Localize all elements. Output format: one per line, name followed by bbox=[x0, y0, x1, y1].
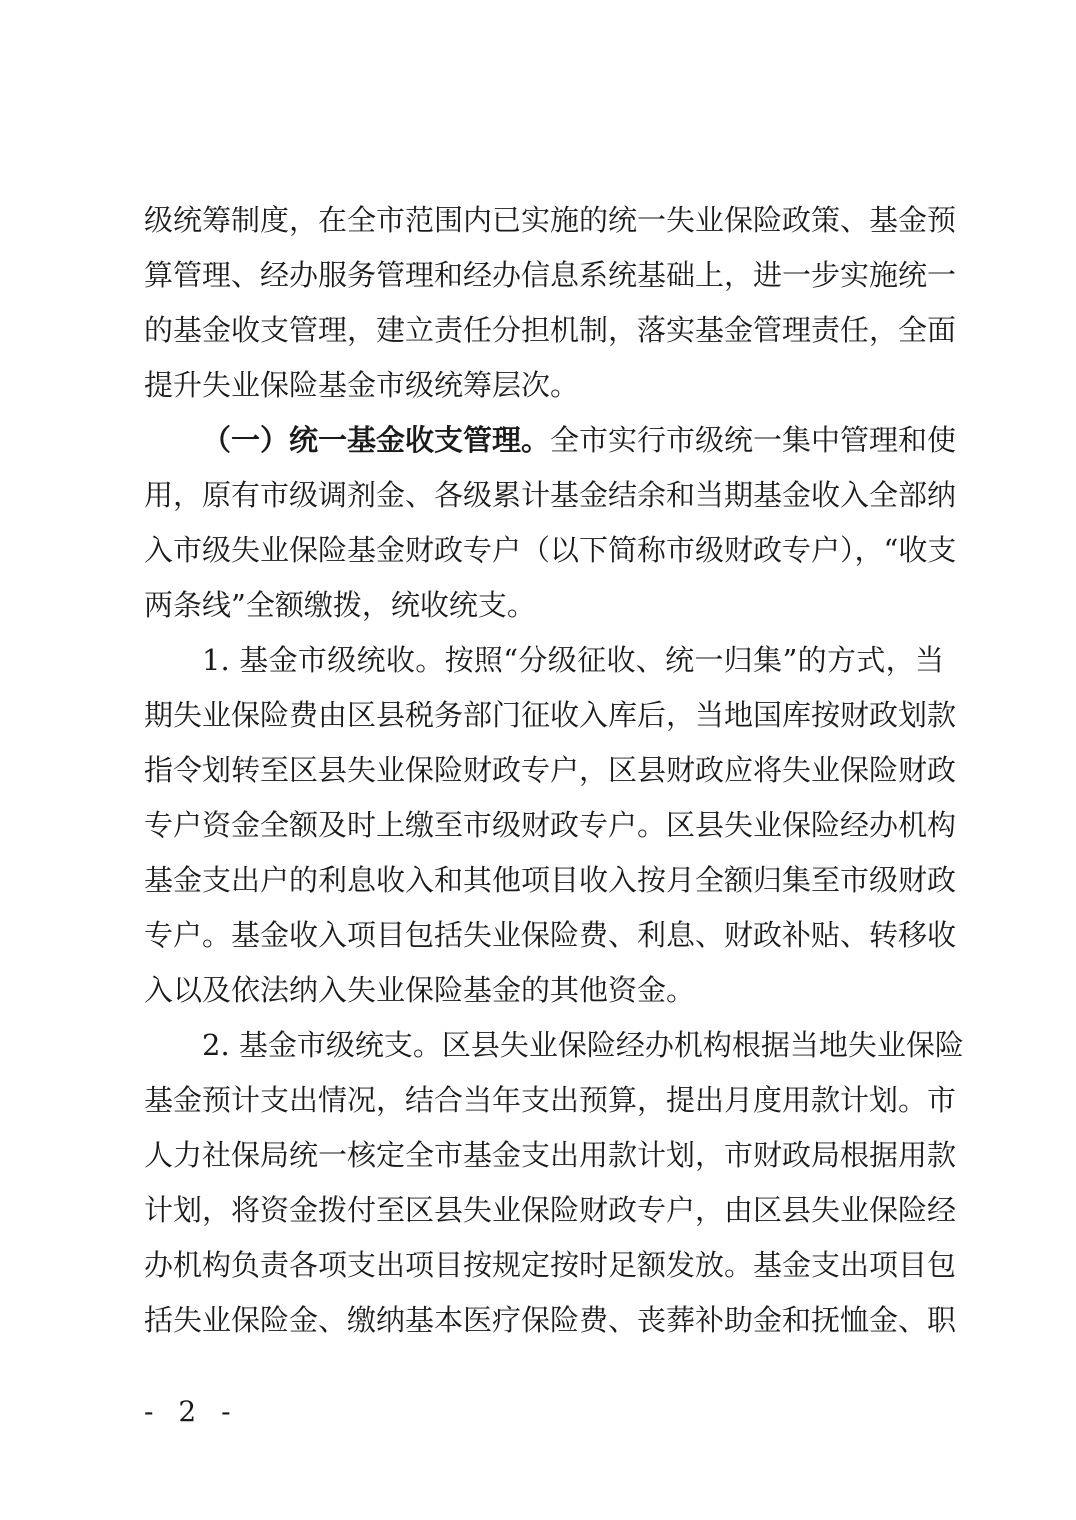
body-text-line: 级统筹制度，在全市范围内已实施的统一失业保险政策、基金预 bbox=[144, 200, 944, 240]
body-text-line: 期失业保险费由区县税务部门征收入库后，当地国库按财政划款 bbox=[144, 695, 944, 735]
body-text-line: 办机构负责各项支出项目按规定按时足额发放。基金支出项目包 bbox=[144, 1245, 944, 1285]
body-text-line: 两条线”全额缴拨，统收统支。 bbox=[144, 585, 944, 625]
body-text-line: 基金预计支出情况，结合当年支出预算，提出月度用款计划。市 bbox=[144, 1080, 944, 1120]
page-number: - 2 - bbox=[144, 1392, 239, 1432]
body-text-line: 指令划转至区县失业保险财政专户，区县财政应将失业保险财政 bbox=[144, 750, 944, 790]
body-text-line: 基金支出户的利息收入和其他项目收入按月全额归集至市级财政 bbox=[144, 860, 944, 900]
body-text-line: 算管理、经办服务管理和经办信息系统基础上，进一步实施统一 bbox=[144, 255, 944, 295]
body-text-line: 专户资金全额及时上缴至市级财政专户。区县失业保险经办机构 bbox=[144, 805, 944, 845]
numbered-item-line: 2. 基金市级统支。区县失业保险经办机构根据当地失业保险 bbox=[202, 1025, 944, 1065]
body-text-line: 人力社保局统一核定全市基金支出用款计划，市财政局根据用款 bbox=[144, 1135, 944, 1175]
body-text-line: 的基金收支管理，建立责任分担机制，落实基金管理责任，全面 bbox=[144, 310, 944, 350]
document-page: 级统筹制度，在全市范围内已实施的统一失业保险政策、基金预 算管理、经办服务管理和… bbox=[0, 0, 1076, 1520]
body-text-line: 括失业保险金、缴纳基本医疗保险费、丧葬补助金和抚恤金、职 bbox=[144, 1300, 944, 1340]
body-text-line: 用，原有市级调剂金、各级累计基金结余和当期基金收入全部纳 bbox=[144, 475, 944, 515]
body-text-line: 入市级失业保险基金财政专户（以下简称市级财政专户），“收支 bbox=[144, 530, 944, 570]
numbered-item-line: 1. 基金市级统收。按照“分级征收、统一归集”的方式，当 bbox=[202, 640, 944, 680]
section-heading: （一）统一基金收支管理。 bbox=[202, 420, 550, 460]
body-text-line: 专户。基金收入项目包括失业保险费、利息、财政补贴、转移收 bbox=[144, 915, 944, 955]
section-heading-line: （一）统一基金收支管理。 全市实行市级统一集中管理和使 bbox=[202, 420, 944, 460]
body-text-line: 入以及依法纳入失业保险基金的其他资金。 bbox=[144, 970, 944, 1010]
body-text-line: 计划，将资金拨付至区县失业保险财政专户，由区县失业保险经 bbox=[144, 1190, 944, 1230]
body-text-line: 全市实行市级统一集中管理和使 bbox=[550, 420, 956, 460]
body-text-line: 提升失业保险基金市级统筹层次。 bbox=[144, 365, 944, 405]
